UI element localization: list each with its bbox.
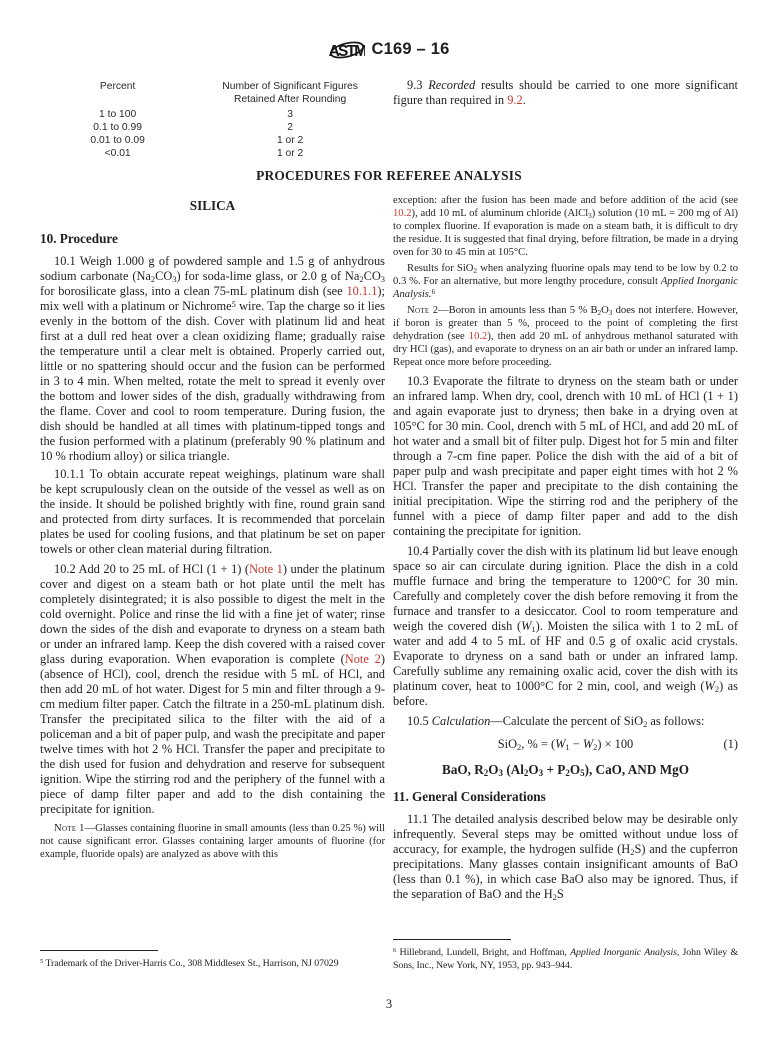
para-10-3: 10.3 Evaporate the filtrate to dryness o… xyxy=(393,374,738,539)
right-column: exception: after the fusion has been mad… xyxy=(393,194,738,902)
table-header-row: Percent Number of Significant Figures Re… xyxy=(40,80,385,106)
table-col2-header-line1: Number of Significant Figures xyxy=(195,80,385,93)
note-2: Note 2—Boron in amounts less than 5 % B2… xyxy=(393,304,738,369)
astm-logo-text: ASTM xyxy=(329,43,365,60)
document-page: ASTM C169 – 16 Percent Number of Signifi… xyxy=(0,0,778,1041)
document-header: ASTM C169 – 16 xyxy=(0,36,778,63)
cross-reference-link[interactable]: Note 1 xyxy=(249,562,283,576)
astm-logo-icon: ASTM xyxy=(329,36,365,63)
note-results-paragraph: Results for SiO2 when analyzing fluorine… xyxy=(393,262,738,301)
note-1-continuation: exception: after the fusion has been mad… xyxy=(393,194,738,259)
table-cell-percent: 0.01 to 0.09 xyxy=(40,134,195,147)
table-cell-percent: 1 to 100 xyxy=(40,108,195,121)
para-10-4: 10.4 Partially cover the dish with its p… xyxy=(393,544,738,709)
cross-reference-link[interactable]: 10.2 xyxy=(469,331,488,342)
equation-1: SiO2, % = (W1 − W2) × 100 (1) xyxy=(393,737,738,752)
footnote-rule xyxy=(40,950,158,951)
footnote-rule xyxy=(393,939,511,940)
para-10-1-1: 10.1.1 To obtain accurate repeat weighin… xyxy=(40,467,385,557)
table-cell-percent: 0.1 to 0.99 xyxy=(40,121,195,134)
table-cell-figures: 1 or 2 xyxy=(195,147,385,160)
table-row: 0.01 to 0.09 1 or 2 xyxy=(40,134,385,147)
table-cell-figures: 2 xyxy=(195,121,385,134)
table-cell-figures: 3 xyxy=(195,108,385,121)
significant-figures-table: Percent Number of Significant Figures Re… xyxy=(40,80,385,160)
table-row: 1 to 100 3 xyxy=(40,108,385,121)
para-10-2: 10.2 Add 20 to 25 mL of HCl (1 + 1) (Not… xyxy=(40,562,385,817)
footnote-6: 6 Hillebrand, Lundell, Bright, and Hoffm… xyxy=(393,939,738,972)
left-column: SILICA 10. Procedure 10.1 Weigh 1.000 g … xyxy=(40,198,385,861)
cross-reference-link[interactable]: 10.2 xyxy=(393,208,412,219)
para-9-3: 9.3 Recorded results should be carried t… xyxy=(393,78,738,108)
table-row: 0.1 to 0.99 2 xyxy=(40,121,385,134)
silica-title: SILICA xyxy=(40,198,385,214)
cross-reference-link[interactable]: Note 2 xyxy=(345,652,381,666)
note-1: Note 1—Glasses containing fluorine in sm… xyxy=(40,822,385,861)
page-number: 3 xyxy=(0,997,778,1012)
table-cell-figures: 1 or 2 xyxy=(195,134,385,147)
table-cell-percent: <0.01 xyxy=(40,147,195,160)
para-10-5: 10.5 Calculation—Calculate the percent o… xyxy=(393,714,738,729)
para-10-1: 10.1 Weigh 1.000 g of powdered sample an… xyxy=(40,254,385,464)
table-col1-header: Percent xyxy=(40,80,195,93)
cross-reference-link[interactable]: 9.2 xyxy=(507,93,523,107)
heading-section-10: 10. Procedure xyxy=(40,231,385,247)
table-col2-header: Number of Significant Figures Retained A… xyxy=(195,80,385,106)
heading-section-11: 11. General Considerations xyxy=(393,789,738,805)
standard-designation: C169 – 16 xyxy=(372,40,450,59)
table-col2-header-line2: Retained After Rounding xyxy=(195,93,385,106)
table-row: <0.01 1 or 2 xyxy=(40,147,385,160)
footnote-5: 5 Trademark of the Driver-Harris Co., 30… xyxy=(40,950,385,971)
equation-formula: SiO2, % = (W1 − W2) × 100 xyxy=(498,737,634,751)
footnote-6-text: 6 Hillebrand, Lundell, Bright, and Hoffm… xyxy=(393,947,738,972)
heading-bao-section: BaO, R2O3 (Al2O3 + P2O5), CaO, AND MgO xyxy=(393,762,738,778)
para-11-1: 11.1 The detailed analysis described bel… xyxy=(393,812,738,902)
cross-reference-link[interactable]: 10.1.1 xyxy=(346,284,377,298)
referee-analysis-title: PROCEDURES FOR REFEREE ANALYSIS xyxy=(0,168,778,184)
footnote-5-text: 5 Trademark of the Driver-Harris Co., 30… xyxy=(40,958,385,971)
equation-number: (1) xyxy=(724,737,738,752)
